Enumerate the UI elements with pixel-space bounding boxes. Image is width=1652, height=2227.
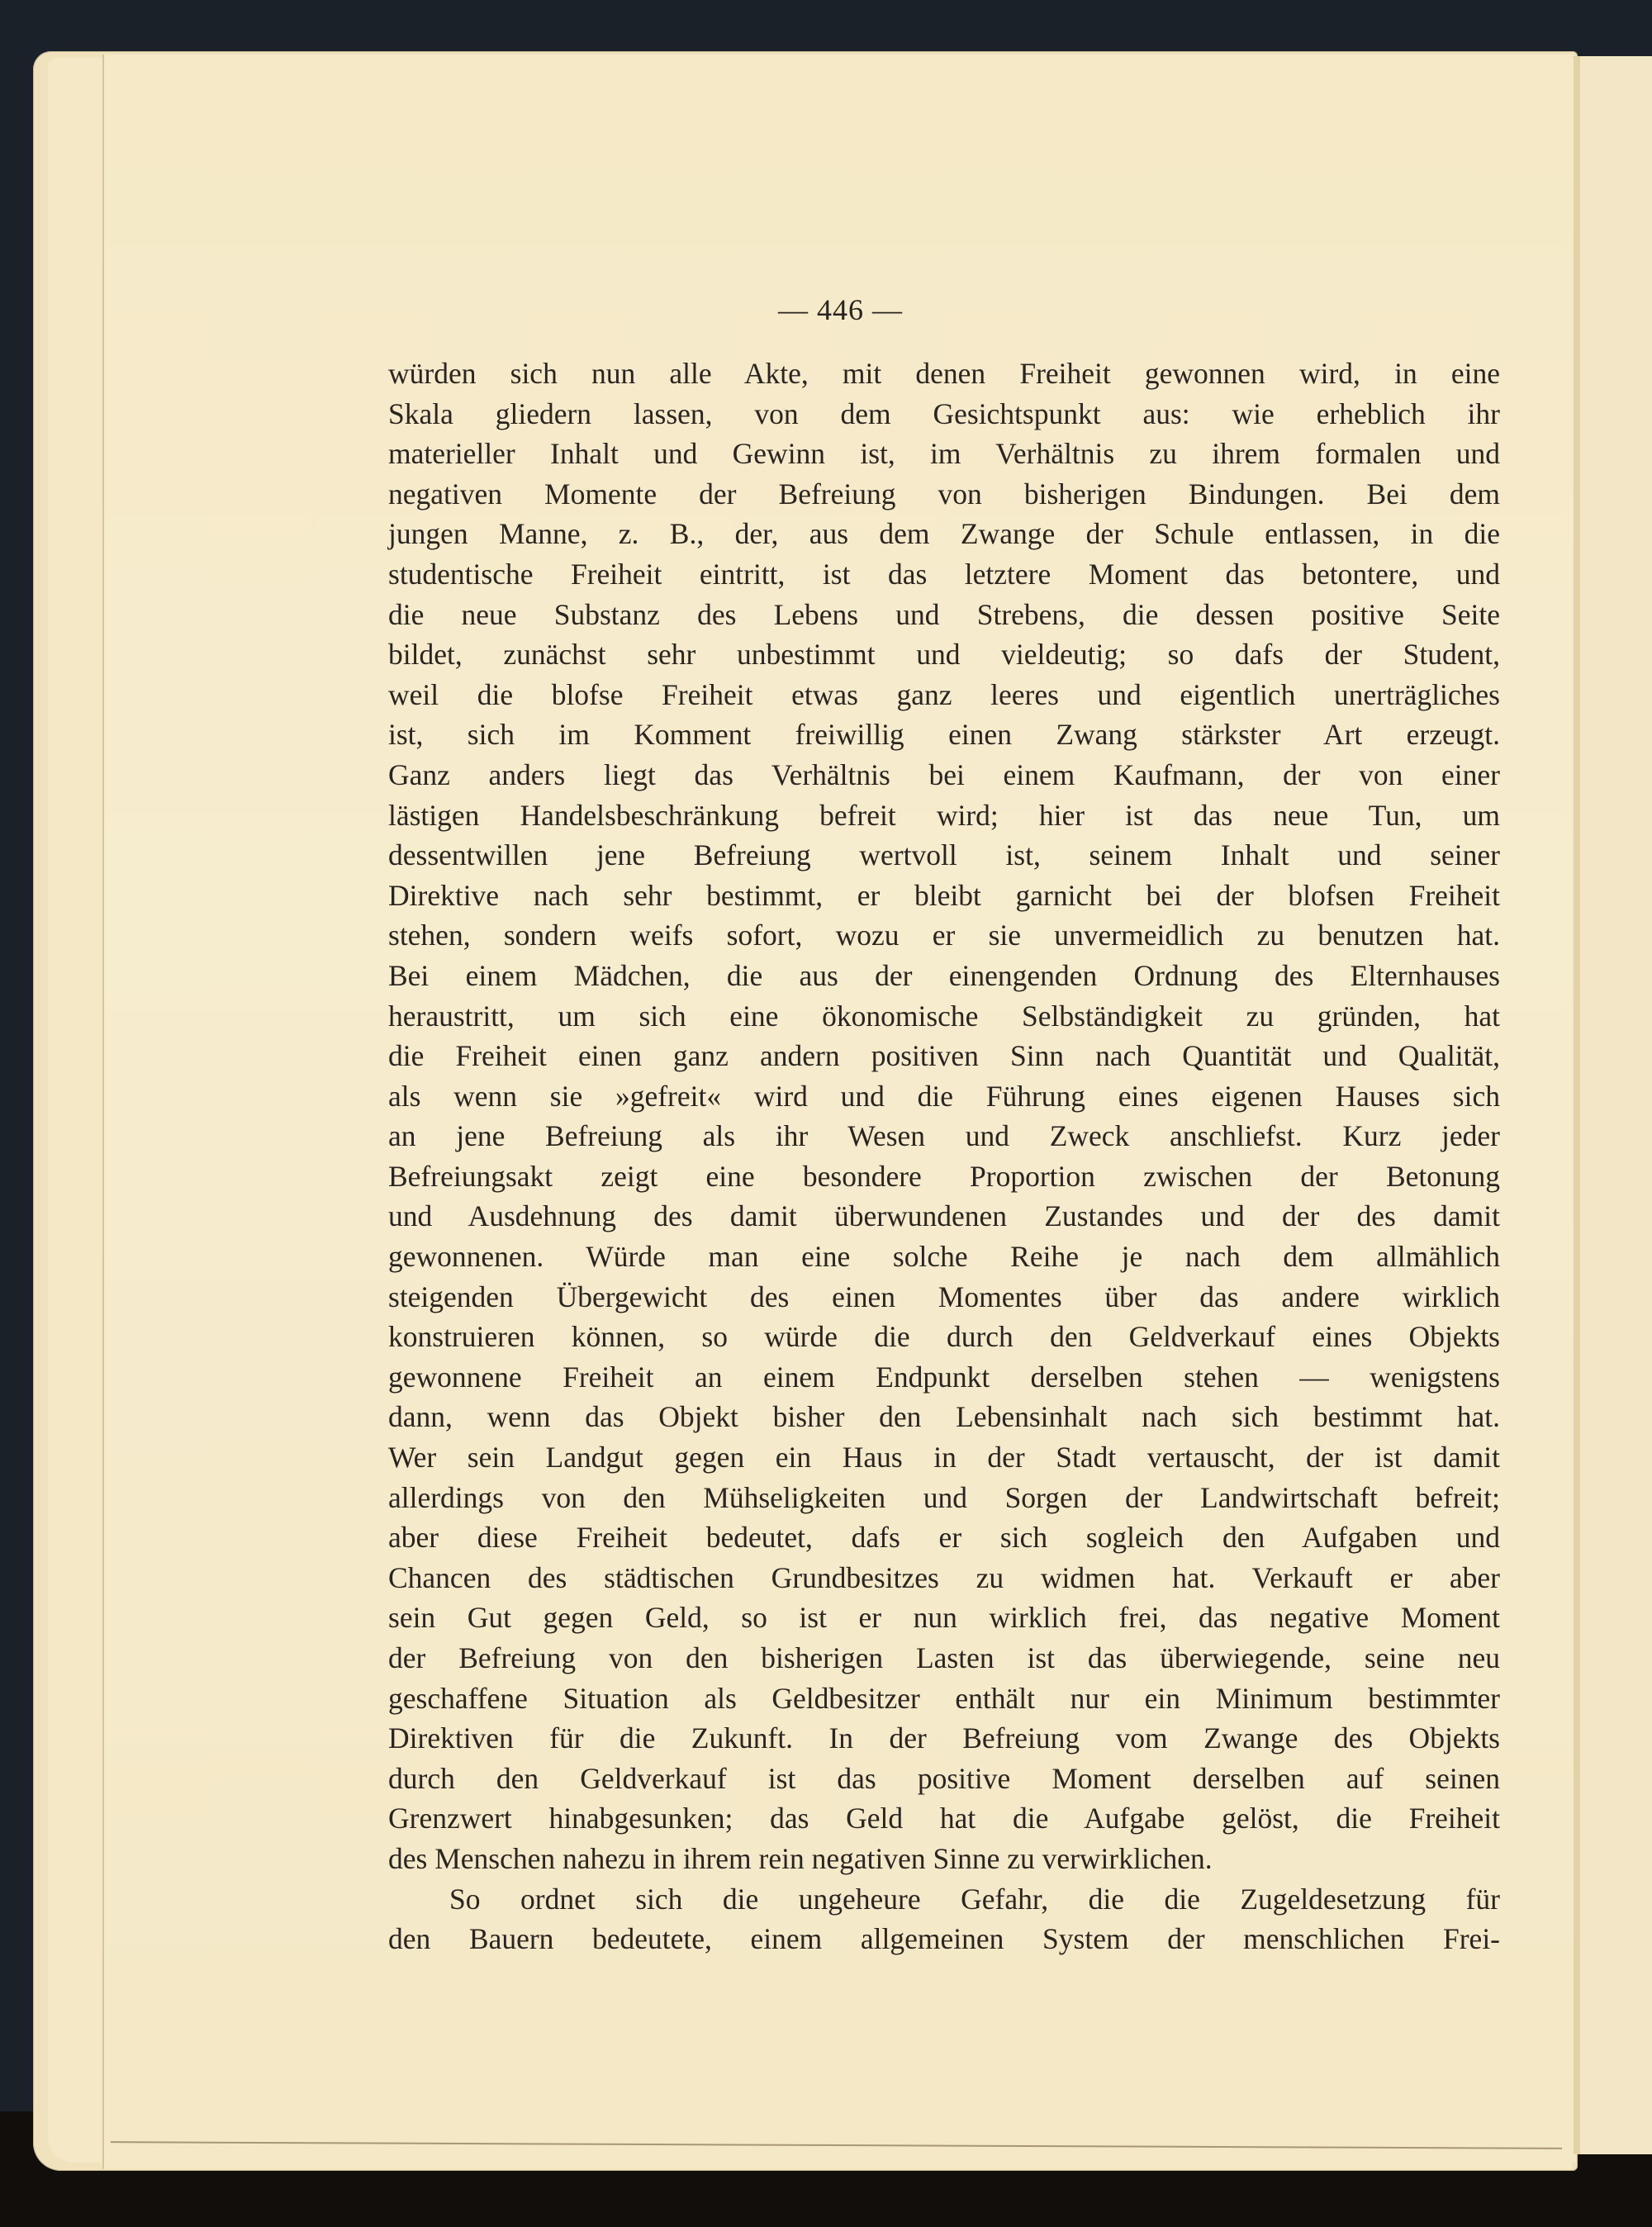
- text-line: Direktive nach sehr bestimmt, er bleibt …: [388, 876, 1500, 916]
- text-line: studentische Freiheit eintritt, ist das …: [388, 554, 1500, 595]
- text-line: Befreiungsakt zeigt eine besondere Propo…: [388, 1156, 1500, 1197]
- text-line: bildet, zunächst sehr unbestimmt und vie…: [388, 634, 1500, 675]
- text-line-paragraph-start: So ordnet sich die ungeheure Gefahr, die…: [388, 1879, 1500, 1920]
- text-line: gewonnene Freiheit an einem Endpunkt der…: [388, 1357, 1500, 1398]
- text-line: Bei einem Mädchen, die aus der einengend…: [388, 956, 1500, 996]
- text-line: Skala gliedern lassen, von dem Gesichtsp…: [388, 394, 1500, 434]
- text-line: Grenzwert hinabgesunken; das Geld hat di…: [388, 1798, 1500, 1839]
- text-line: und Ausdehnung des damit überwundenen Zu…: [388, 1196, 1500, 1237]
- text-line: dann, wenn das Objekt bisher den Lebensi…: [388, 1397, 1500, 1437]
- text-line: steigenden Übergewicht des einen Momente…: [388, 1277, 1500, 1318]
- text-line: aber diese Freiheit bedeutet, dafs er si…: [388, 1517, 1500, 1558]
- text-line: stehen, sondern weifs sofort, wozu er si…: [388, 915, 1500, 956]
- text-line-paragraph-end: des Menschen nahezu in ihrem rein negati…: [388, 1839, 1500, 1879]
- text-line: Wer sein Landgut gegen ein Haus in der S…: [388, 1437, 1500, 1478]
- text-line: jungen Manne, z. B., der, aus dem Zwange…: [388, 514, 1500, 554]
- text-line: allerdings von den Mühseligkeiten und So…: [388, 1478, 1500, 1518]
- text-line: sein Gut gegen Geld, so ist er nun wirkl…: [388, 1598, 1500, 1638]
- text-line: den Bauern bedeutete, einem allgemeinen …: [388, 1919, 1500, 1959]
- text-line: an jene Befreiung als ihr Wesen und Zwec…: [388, 1116, 1500, 1156]
- text-line: die neue Substanz des Lebens und Streben…: [388, 595, 1500, 635]
- text-line: konstruieren können, so würde die durch …: [388, 1317, 1500, 1357]
- next-page-edge: [1574, 56, 1652, 2154]
- text-line: materieller Inhalt und Gewinn ist, im Ve…: [388, 434, 1500, 474]
- text-line: heraustritt, um sich eine ökonomische Se…: [388, 996, 1500, 1037]
- text-line: Ganz anders liegt das Verhältnis bei ein…: [388, 755, 1500, 795]
- body-text: würden sich nun alle Akte, mit denen Fre…: [388, 354, 1500, 1959]
- text-line: weil die blofse Freiheit etwas ganz leer…: [388, 675, 1500, 715]
- book-page: — 446 — würden sich nun alle Akte, mit d…: [102, 55, 1572, 2169]
- text-line: durch den Geldverkauf ist das positive M…: [388, 1759, 1500, 1799]
- text-line: lästigen Handelsbeschränkung befreit wir…: [388, 795, 1500, 836]
- text-line: Direktiven für die Zukunft. In der Befre…: [388, 1718, 1500, 1759]
- page-number: — 446 —: [104, 292, 1572, 327]
- text-line: als wenn sie »gefreit« wird und die Führ…: [388, 1076, 1500, 1117]
- text-line: gewonnenen. Würde man eine solche Reihe …: [388, 1237, 1500, 1277]
- text-line: würden sich nun alle Akte, mit denen Fre…: [388, 354, 1500, 394]
- text-line: ist, sich im Komment freiwillig einen Zw…: [388, 715, 1500, 755]
- text-line: die Freiheit einen ganz andern positiven…: [388, 1036, 1500, 1076]
- text-line: dessentwillen jene Befreiung wertvoll is…: [388, 835, 1500, 876]
- text-line: Chancen des städtischen Grundbesitzes zu…: [388, 1558, 1500, 1598]
- text-line: geschaffene Situation als Geldbesitzer e…: [388, 1679, 1500, 1719]
- text-line: der Befreiung von den bisherigen Lasten …: [388, 1638, 1500, 1679]
- text-line: negativen Momente der Befreiung von bish…: [388, 474, 1500, 515]
